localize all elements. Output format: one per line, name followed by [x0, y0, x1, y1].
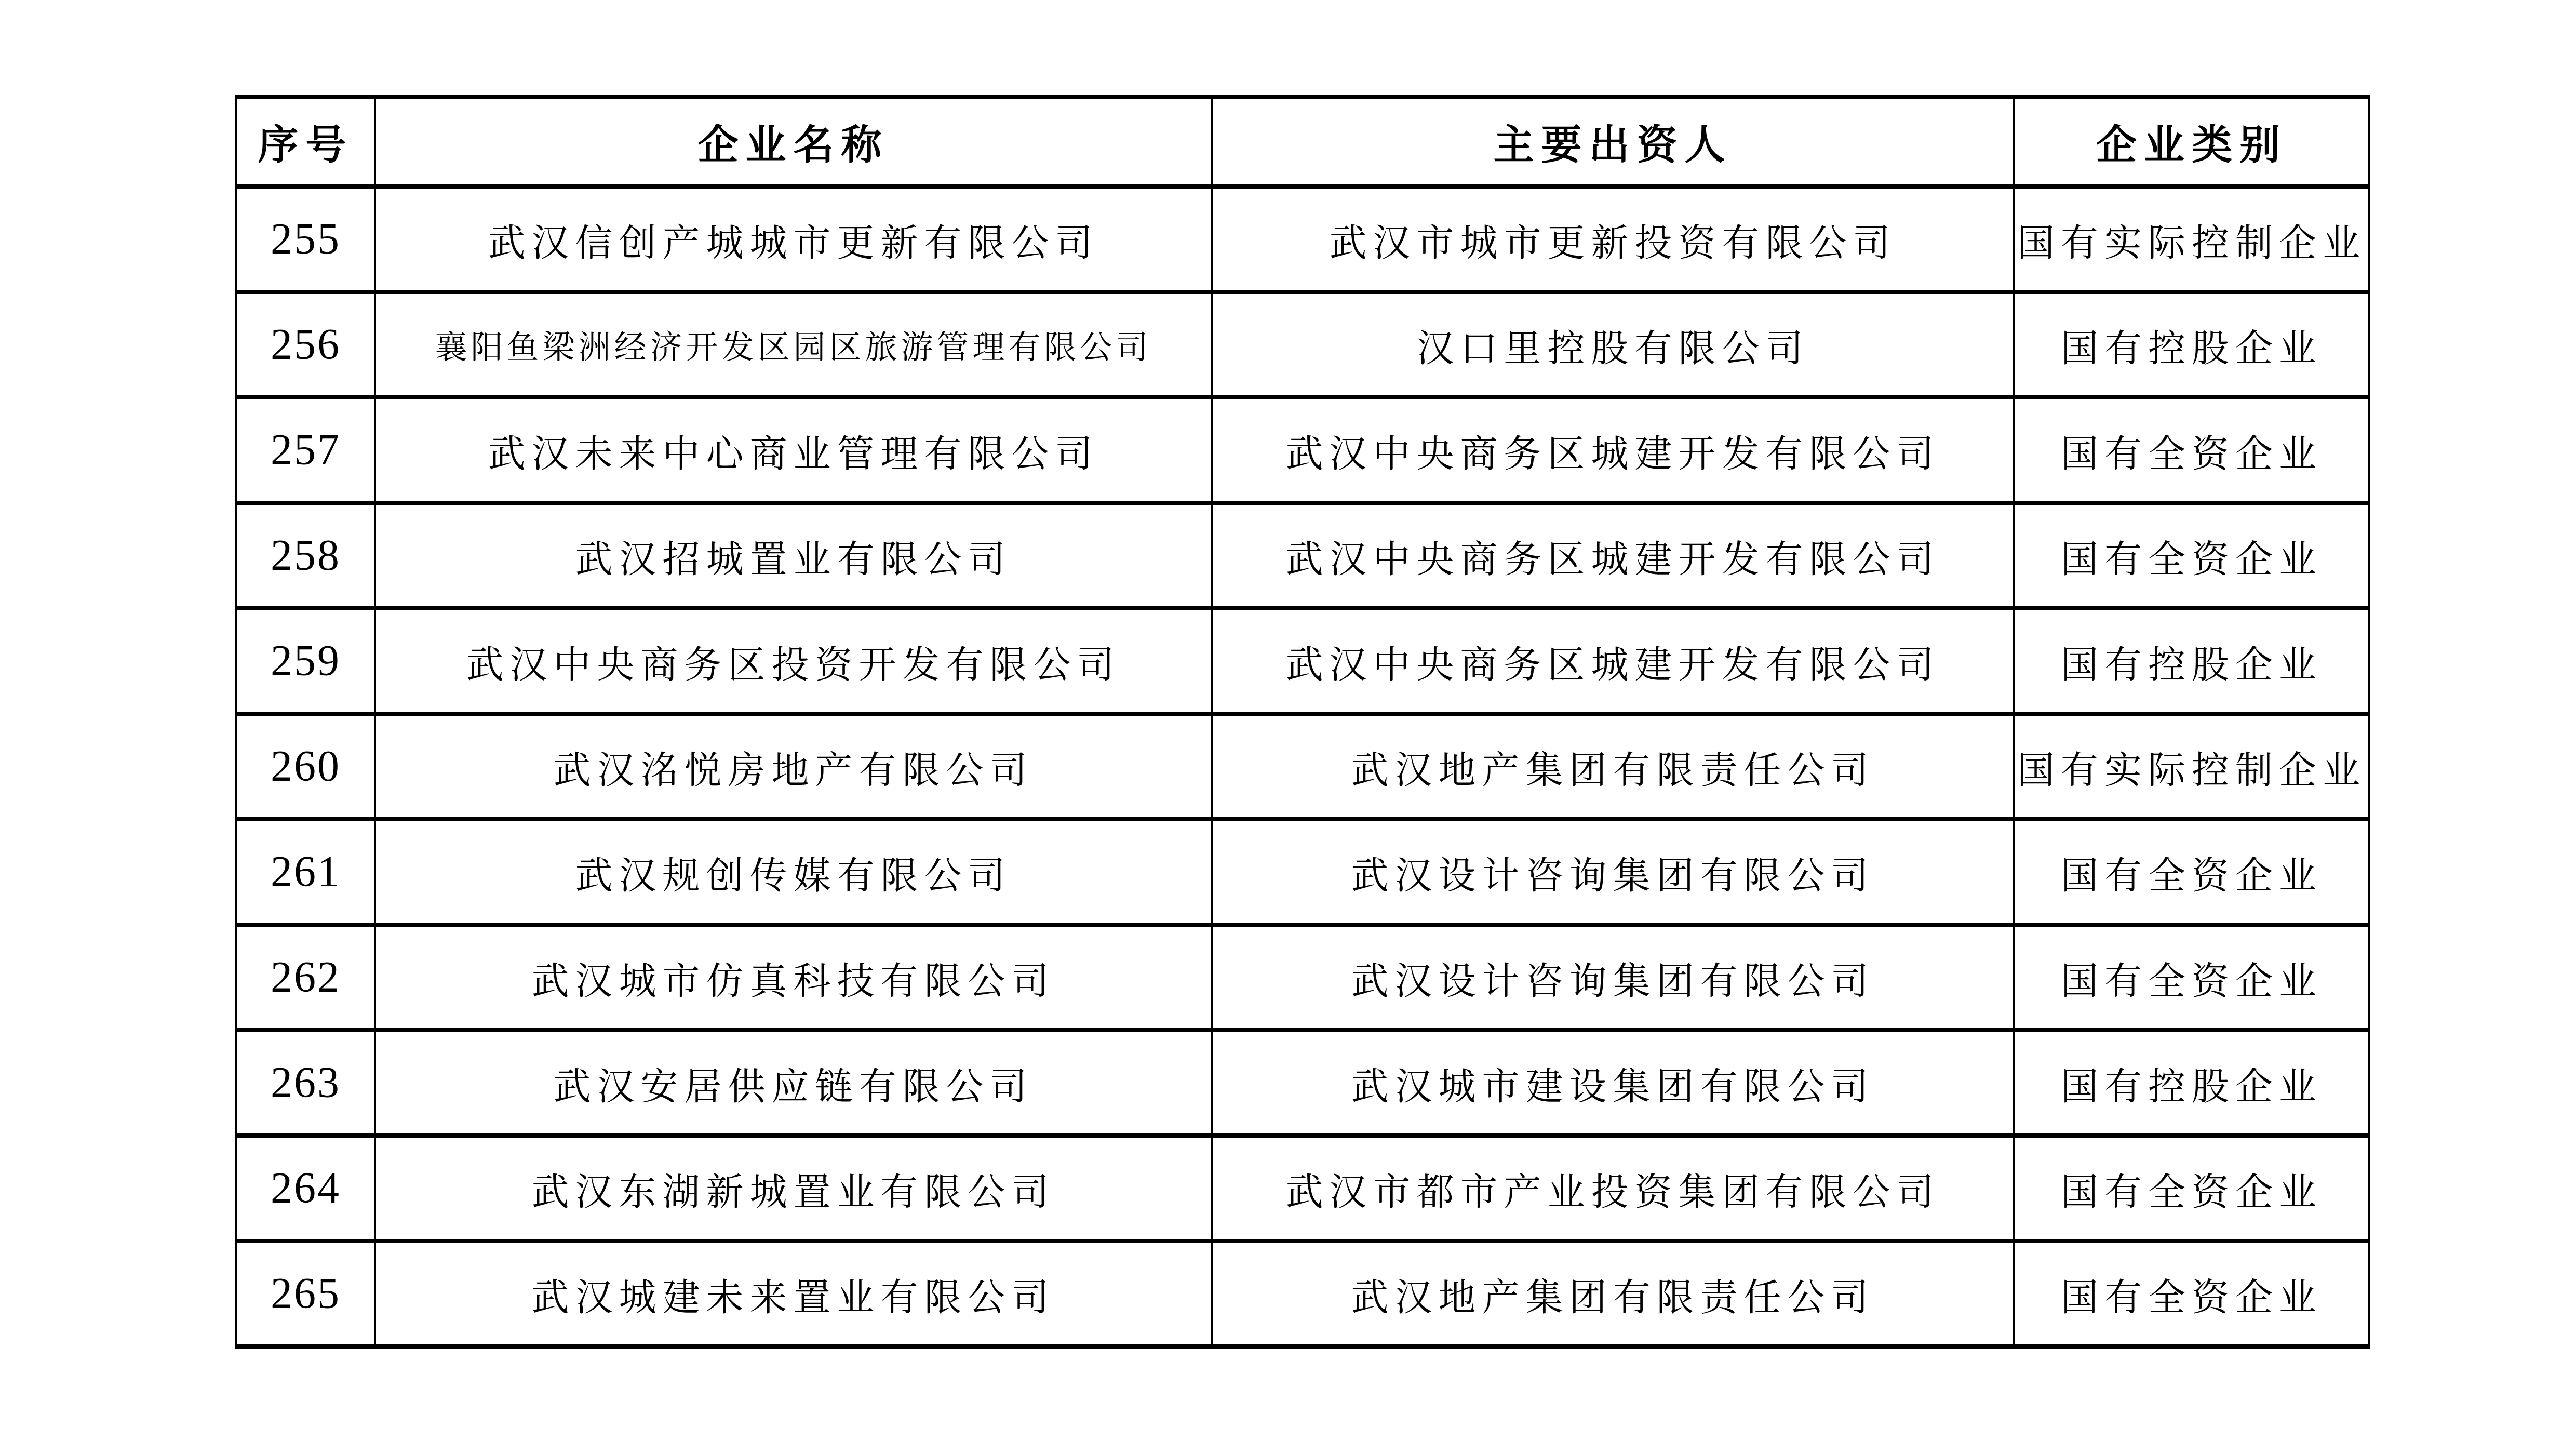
table-row: 255 武汉信创产城城市更新有限公司 武汉市城市更新投资有限公司 国有实际控制企…: [236, 186, 2369, 292]
serial-cell: 262: [236, 925, 375, 1030]
serial-cell: 260: [236, 714, 375, 819]
serial-cell: 263: [236, 1030, 375, 1136]
investor-cell: 武汉设计咨询集团有限公司: [1212, 819, 2014, 925]
column-header-name: 企业名称: [375, 97, 1212, 186]
table-row: 263 武汉安居供应链有限公司 武汉城市建设集团有限公司 国有控股企业: [236, 1030, 2369, 1136]
company-name-cell: 武汉城建未来置业有限公司: [375, 1241, 1212, 1346]
investor-cell: 武汉设计咨询集团有限公司: [1212, 925, 2014, 1030]
investor-cell: 汉口里控股有限公司: [1212, 292, 2014, 397]
investor-cell: 武汉城市建设集团有限公司: [1212, 1030, 2014, 1136]
serial-cell: 259: [236, 608, 375, 714]
category-cell: 国有控股企业: [2014, 292, 2369, 397]
investor-cell: 武汉中央商务区城建开发有限公司: [1212, 397, 2014, 503]
category-cell: 国有全资企业: [2014, 819, 2369, 925]
serial-cell: 265: [236, 1241, 375, 1346]
table-row: 265 武汉城建未来置业有限公司 武汉地产集团有限责任公司 国有全资企业: [236, 1241, 2369, 1346]
column-header-investor: 主要出资人: [1212, 97, 2014, 186]
investor-cell: 武汉地产集团有限责任公司: [1212, 714, 2014, 819]
header-row: 序号 企业名称 主要出资人 企业类别: [236, 97, 2369, 186]
serial-cell: 257: [236, 397, 375, 503]
table-row: 264 武汉东湖新城置业有限公司 武汉市都市产业投资集团有限公司 国有全资企业: [236, 1136, 2369, 1241]
table-row: 261 武汉规创传媒有限公司 武汉设计咨询集团有限公司 国有全资企业: [236, 819, 2369, 925]
company-name-cell: 武汉东湖新城置业有限公司: [375, 1136, 1212, 1241]
serial-cell: 258: [236, 503, 375, 608]
serial-cell: 256: [236, 292, 375, 397]
investor-cell: 武汉地产集团有限责任公司: [1212, 1241, 2014, 1346]
category-cell: 国有控股企业: [2014, 608, 2369, 714]
company-name-cell: 武汉招城置业有限公司: [375, 503, 1212, 608]
category-cell: 国有全资企业: [2014, 503, 2369, 608]
column-header-category: 企业类别: [2014, 97, 2369, 186]
category-cell: 国有实际控制企业: [2014, 714, 2369, 819]
table-row: 256 襄阳鱼梁洲经济开发区园区旅游管理有限公司 汉口里控股有限公司 国有控股企…: [236, 292, 2369, 397]
category-cell: 国有全资企业: [2014, 1241, 2369, 1346]
company-name-cell: 武汉信创产城城市更新有限公司: [375, 186, 1212, 292]
column-header-serial: 序号: [236, 97, 375, 186]
category-cell: 国有全资企业: [2014, 925, 2369, 1030]
company-name-cell: 武汉中央商务区投资开发有限公司: [375, 608, 1212, 714]
company-name-cell: 武汉规创传媒有限公司: [375, 819, 1212, 925]
company-name-cell: 武汉城市仿真科技有限公司: [375, 925, 1212, 1030]
serial-cell: 264: [236, 1136, 375, 1241]
table-row: 259 武汉中央商务区投资开发有限公司 武汉中央商务区城建开发有限公司 国有控股…: [236, 608, 2369, 714]
serial-cell: 255: [236, 186, 375, 292]
category-cell: 国有全资企业: [2014, 397, 2369, 503]
table-row: 257 武汉未来中心商业管理有限公司 武汉中央商务区城建开发有限公司 国有全资企…: [236, 397, 2369, 503]
investor-cell: 武汉中央商务区城建开发有限公司: [1212, 608, 2014, 714]
category-cell: 国有实际控制企业: [2014, 186, 2369, 292]
table-row: 260 武汉洺悦房地产有限公司 武汉地产集团有限责任公司 国有实际控制企业: [236, 714, 2369, 819]
category-cell: 国有全资企业: [2014, 1136, 2369, 1241]
company-name-cell: 武汉洺悦房地产有限公司: [375, 714, 1212, 819]
investor-cell: 武汉市城市更新投资有限公司: [1212, 186, 2014, 292]
company-name-cell: 武汉未来中心商业管理有限公司: [375, 397, 1212, 503]
table-row: 262 武汉城市仿真科技有限公司 武汉设计咨询集团有限公司 国有全资企业: [236, 925, 2369, 1030]
company-table: 序号 企业名称 主要出资人 企业类别 255 武汉信创产城城市更新有限公司 武汉…: [235, 95, 2370, 1349]
document-page: 序号 企业名称 主要出资人 企业类别 255 武汉信创产城城市更新有限公司 武汉…: [0, 0, 2576, 1454]
table-row: 258 武汉招城置业有限公司 武汉中央商务区城建开发有限公司 国有全资企业: [236, 503, 2369, 608]
company-name-cell: 武汉安居供应链有限公司: [375, 1030, 1212, 1136]
investor-cell: 武汉市都市产业投资集团有限公司: [1212, 1136, 2014, 1241]
category-cell: 国有控股企业: [2014, 1030, 2369, 1136]
serial-cell: 261: [236, 819, 375, 925]
company-name-cell: 襄阳鱼梁洲经济开发区园区旅游管理有限公司: [375, 292, 1212, 397]
investor-cell: 武汉中央商务区城建开发有限公司: [1212, 503, 2014, 608]
